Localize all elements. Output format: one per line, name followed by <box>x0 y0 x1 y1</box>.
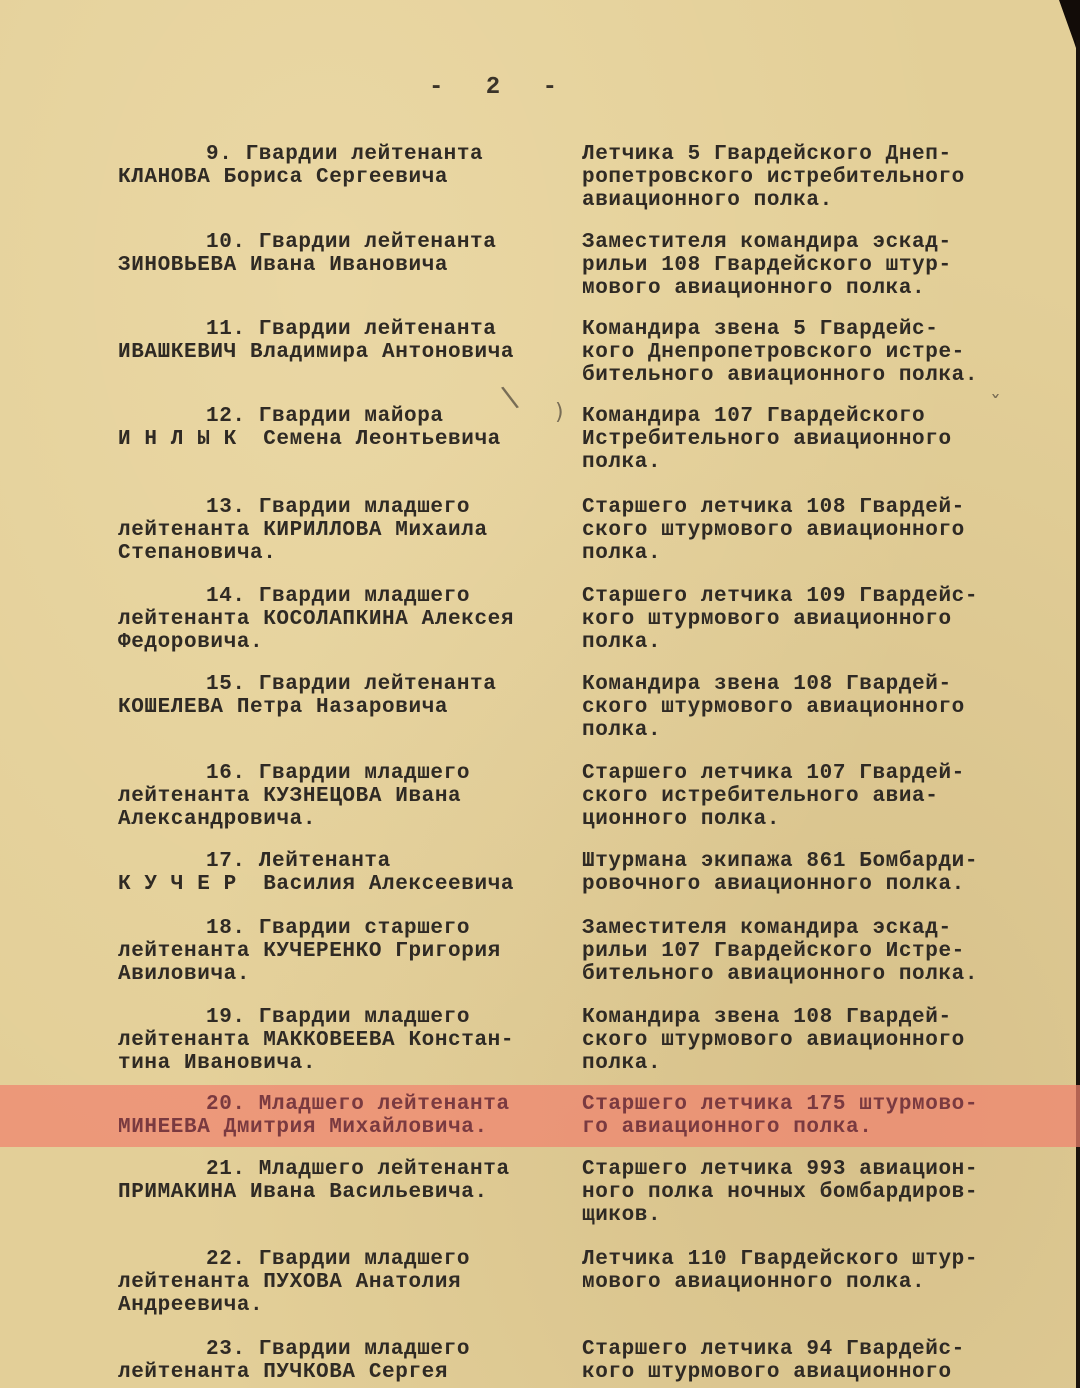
position-line: Командира звена 108 Гвардей- <box>582 673 1022 696</box>
position-line: ционного полка. <box>582 808 1022 831</box>
rank-line: 17. Лейтенанта <box>118 850 563 873</box>
rank-line: 22. Гвардии младшего <box>118 1248 563 1271</box>
recipient-position: Заместителя командира эскад-рильи 107 Гв… <box>582 917 1022 986</box>
position-line: кого штурмового авиационного <box>582 1361 1022 1384</box>
position-line: Старшего летчика 94 Гвардейс- <box>582 1338 1022 1361</box>
award-entry: 23. Гвардии младшеголейтенанта ПУЧКОВА С… <box>0 1338 1080 1384</box>
award-entry: 17. ЛейтенантаК У Ч Е Р Василия Алексеев… <box>0 850 1080 896</box>
position-line: щиков. <box>582 1204 1022 1227</box>
pen-mark: ˇ <box>990 393 1001 418</box>
position-line: Командира 107 Гвардейского <box>582 405 1022 428</box>
position-line: ского истребительного авиа- <box>582 785 1022 808</box>
recipient-position: Летчика 5 Гвардейского Днеп-ропетровског… <box>582 143 1022 212</box>
position-line: кого штурмового авиационного <box>582 608 1022 631</box>
rank-line: 13. Гвардии младшего <box>118 496 563 519</box>
position-line: кого Днепропетровского истре- <box>582 341 1022 364</box>
rank-line: 16. Гвардии младшего <box>118 762 563 785</box>
recipient-name: 9. Гвардии лейтенантаКЛАНОВА Бориса Серг… <box>118 143 563 189</box>
position-line: полка. <box>582 631 1022 654</box>
recipient-name: 23. Гвардии младшеголейтенанта ПУЧКОВА С… <box>118 1338 563 1384</box>
award-entry: 9. Гвардии лейтенантаКЛАНОВА Бориса Серг… <box>0 143 1080 212</box>
award-entry: 18. Гвардии старшеголейтенанта КУЧЕРЕНКО… <box>0 917 1080 986</box>
position-line: рильи 108 Гвардейского штур- <box>582 254 1022 277</box>
recipient-name: 11. Гвардии лейтенантаИВАШКЕВИЧ Владимир… <box>118 318 563 364</box>
name-line: И Н Л Ы К Семена Леонтьевича <box>118 428 563 451</box>
rank-line: 10. Гвардии лейтенанта <box>118 231 563 254</box>
rank-line: 12. Гвардии майора <box>118 405 563 428</box>
recipient-position: Старшего летчика 993 авиацион-ного полка… <box>582 1158 1022 1227</box>
name-line: Степановича. <box>118 542 563 565</box>
page-number: - 2 - <box>0 74 1000 101</box>
award-entry: 10. Гвардии лейтенантаЗИНОВЬЕВА Ивана Ив… <box>0 231 1080 300</box>
award-entry: 22. Гвардии младшеголейтенанта ПУХОВА Ан… <box>0 1248 1080 1317</box>
position-line: го авиационного полка. <box>582 1116 1022 1139</box>
recipient-position: Заместителя командира эскад-рильи 108 Гв… <box>582 231 1022 300</box>
name-line: ЗИНОВЬЕВА Ивана Ивановича <box>118 254 563 277</box>
rank-line: 21. Младшего лейтенанта <box>118 1158 563 1181</box>
position-line: бительного авиационного полка. <box>582 364 1022 387</box>
recipient-name: 22. Гвардии младшеголейтенанта ПУХОВА Ан… <box>118 1248 563 1317</box>
recipient-position: Старшего летчика 175 штурмово-го авиацио… <box>582 1093 1022 1139</box>
recipient-position: Штурмана экипажа 861 Бомбарди-ровочного … <box>582 850 1022 896</box>
recipient-name: 12. Гвардии майораИ Н Л Ы К Семена Леонт… <box>118 405 563 451</box>
recipient-position: Старшего летчика 94 Гвардейс-кого штурмо… <box>582 1338 1022 1384</box>
position-line: Летчика 110 Гвардейского штур- <box>582 1248 1022 1271</box>
award-entry: 16. Гвардии младшеголейтенанта КУЗНЕЦОВА… <box>0 762 1080 831</box>
position-line: Истребительного авиационного <box>582 428 1022 451</box>
position-line: Старшего летчика 108 Гвардей- <box>582 496 1022 519</box>
name-line: лейтенанта КУЗНЕЦОВА Ивана <box>118 785 563 808</box>
recipient-position: Летчика 110 Гвардейского штур-мового ави… <box>582 1248 1022 1294</box>
rank-line: 15. Гвардии лейтенанта <box>118 673 563 696</box>
name-line: лейтенанта МАККОВЕЕВА Констан- <box>118 1029 563 1052</box>
recipient-name: 20. Младшего лейтенантаМИНЕЕВА Дмитрия М… <box>118 1093 563 1139</box>
award-entry: 20. Младшего лейтенантаМИНЕЕВА Дмитрия М… <box>0 1085 1080 1147</box>
position-line: полка. <box>582 719 1022 742</box>
pen-mark: ) <box>555 400 564 425</box>
recipient-name: 14. Гвардии младшеголейтенанта КОСОЛАПКИ… <box>118 585 563 654</box>
position-line: Командира звена 5 Гвардейс- <box>582 318 1022 341</box>
position-line: бительного авиационного полка. <box>582 963 1022 986</box>
position-line: полка. <box>582 451 1022 474</box>
rank-line: 23. Гвардии младшего <box>118 1338 563 1361</box>
recipient-position: Командира звена 108 Гвардей-ского штурмо… <box>582 673 1022 742</box>
award-entry: 15. Гвардии лейтенантаКОШЕЛЕВА Петра Наз… <box>0 673 1080 742</box>
name-line: Андреевича. <box>118 1294 563 1317</box>
position-line: Заместителя командира эскад- <box>582 231 1022 254</box>
position-line: Старшего летчика 175 штурмово- <box>582 1093 1022 1116</box>
position-line: ропетровского истребительного <box>582 166 1022 189</box>
name-line: Авиловича. <box>118 963 563 986</box>
recipient-name: 17. ЛейтенантаК У Ч Е Р Василия Алексеев… <box>118 850 563 896</box>
recipient-name: 19. Гвардии младшеголейтенанта МАККОВЕЕВ… <box>118 1006 563 1075</box>
position-line: мового авиационного полка. <box>582 1271 1022 1294</box>
recipient-position: Командира звена 5 Гвардейс-кого Днепропе… <box>582 318 1022 387</box>
name-line: КЛАНОВА Бориса Сергеевича <box>118 166 563 189</box>
name-line: лейтенанта ПУЧКОВА Сергея <box>118 1361 563 1384</box>
name-line: МИНЕЕВА Дмитрия Михайловича. <box>118 1116 563 1139</box>
position-line: Старшего летчика 107 Гвардей- <box>582 762 1022 785</box>
name-line: Федоровича. <box>118 631 563 654</box>
position-line: ского штурмового авиационного <box>582 1029 1022 1052</box>
recipient-position: Старшего летчика 108 Гвардей-ского штурм… <box>582 496 1022 565</box>
award-entry: 21. Младшего лейтенантаПРИМАКИНА Ивана В… <box>0 1158 1080 1227</box>
rank-line: 18. Гвардии старшего <box>118 917 563 940</box>
name-line: Александровича. <box>118 808 563 831</box>
rank-line: 9. Гвардии лейтенанта <box>118 143 563 166</box>
position-line: ного полка ночных бомбардиров- <box>582 1181 1022 1204</box>
position-line: ского штурмового авиационного <box>582 519 1022 542</box>
recipient-name: 13. Гвардии младшеголейтенанта КИРИЛЛОВА… <box>118 496 563 565</box>
position-line: Старшего летчика 993 авиацион- <box>582 1158 1022 1181</box>
position-line: ровочного авиационного полка. <box>582 873 1022 896</box>
position-line: полка. <box>582 1052 1022 1075</box>
position-line: Старшего летчика 109 Гвардейс- <box>582 585 1022 608</box>
position-line: Командира звена 108 Гвардей- <box>582 1006 1022 1029</box>
name-line: лейтенанта КИРИЛЛОВА Михаила <box>118 519 563 542</box>
position-line: рильи 107 Гвардейского Истре- <box>582 940 1022 963</box>
name-line: ИВАШКЕВИЧ Владимира Антоновича <box>118 341 563 364</box>
rank-line: 11. Гвардии лейтенанта <box>118 318 563 341</box>
recipient-position: Старшего летчика 109 Гвардейс-кого штурм… <box>582 585 1022 654</box>
position-line: Заместителя командира эскад- <box>582 917 1022 940</box>
position-line: мового авиационного полка. <box>582 277 1022 300</box>
recipient-name: 15. Гвардии лейтенантаКОШЕЛЕВА Петра Наз… <box>118 673 563 719</box>
name-line: лейтенанта КУЧЕРЕНКО Григория <box>118 940 563 963</box>
recipient-position: Командира 107 ГвардейскогоИстребительног… <box>582 405 1022 474</box>
award-entry: 19. Гвардии младшеголейтенанта МАККОВЕЕВ… <box>0 1006 1080 1075</box>
recipient-name: 21. Младшего лейтенантаПРИМАКИНА Ивана В… <box>118 1158 563 1204</box>
recipient-name: 18. Гвардии старшеголейтенанта КУЧЕРЕНКО… <box>118 917 563 986</box>
position-line: авиационного полка. <box>582 189 1022 212</box>
position-line: Летчика 5 Гвардейского Днеп- <box>582 143 1022 166</box>
name-line: тина Ивановича. <box>118 1052 563 1075</box>
award-entry: 11. Гвардии лейтенантаИВАШКЕВИЧ Владимир… <box>0 318 1080 387</box>
position-line: Штурмана экипажа 861 Бомбарди- <box>582 850 1022 873</box>
award-entry: 13. Гвардии младшеголейтенанта КИРИЛЛОВА… <box>0 496 1080 565</box>
position-line: ского штурмового авиационного <box>582 696 1022 719</box>
award-entry: 12. Гвардии майораИ Н Л Ы К Семена Леонт… <box>0 405 1080 474</box>
rank-line: 19. Гвардии младшего <box>118 1006 563 1029</box>
recipient-position: Старшего летчика 107 Гвардей-ского истре… <box>582 762 1022 831</box>
rank-line: 14. Гвардии младшего <box>118 585 563 608</box>
name-line: лейтенанта КОСОЛАПКИНА Алексея <box>118 608 563 631</box>
name-line: ПРИМАКИНА Ивана Васильевича. <box>118 1181 563 1204</box>
name-line: КОШЕЛЕВА Петра Назаровича <box>118 696 563 719</box>
name-line: лейтенанта ПУХОВА Анатолия <box>118 1271 563 1294</box>
position-line: полка. <box>582 542 1022 565</box>
rank-line: 20. Младшего лейтенанта <box>118 1093 563 1116</box>
document-page: - 2 - 9. Гвардии лейтенантаКЛАНОВА Борис… <box>0 0 1080 1388</box>
recipient-position: Командира звена 108 Гвардей-ского штурмо… <box>582 1006 1022 1075</box>
recipient-name: 10. Гвардии лейтенантаЗИНОВЬЕВА Ивана Ив… <box>118 231 563 277</box>
award-entry: 14. Гвардии младшеголейтенанта КОСОЛАПКИ… <box>0 585 1080 654</box>
name-line: К У Ч Е Р Василия Алексеевича <box>118 873 563 896</box>
recipient-name: 16. Гвардии младшеголейтенанта КУЗНЕЦОВА… <box>118 762 563 831</box>
